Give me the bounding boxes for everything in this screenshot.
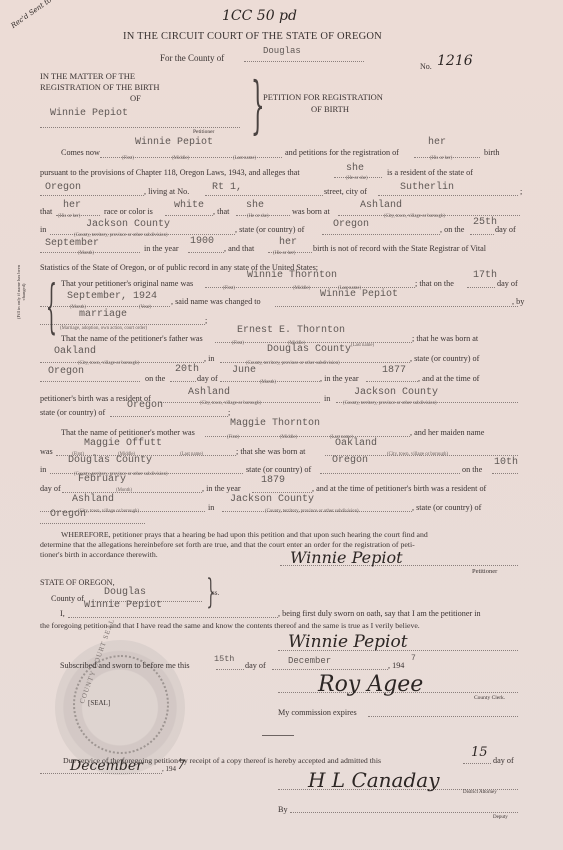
text: My commission expires (278, 708, 357, 717)
verification-county-field: Douglas (104, 587, 146, 598)
change-date-field: September, 1924 (67, 291, 157, 302)
text: STATE OF OREGON, (40, 578, 115, 587)
he-she-field: she (246, 200, 264, 211)
birth-state-field: Oregon (333, 219, 369, 230)
text: day of (497, 279, 518, 288)
text: Comes now (61, 148, 100, 157)
caption-brace: } (251, 68, 265, 141)
text: pursuant to the provisions of Chapter 11… (40, 168, 300, 177)
text: That the name of the petitioner's father… (61, 334, 203, 343)
clerk-title: County Clerk. (474, 695, 505, 701)
text: in (40, 225, 46, 234)
text: day of (495, 225, 516, 234)
label: (County, territory, province or other su… (246, 361, 340, 366)
jurat-day-field: 15th (214, 654, 234, 664)
mother-resident-city-field: Ashland (72, 494, 114, 505)
text: , 194 (162, 765, 176, 773)
text: ss. (212, 589, 219, 597)
petitioner-signature: Winnie Pepiot (290, 548, 403, 567)
text: , that (213, 207, 229, 216)
text: , by (512, 297, 524, 306)
label: (Month) (116, 488, 132, 493)
mother-name-field: Maggie Thornton (230, 418, 320, 429)
mother-birth-city-field: Oakland (335, 438, 377, 449)
case-number: 1216 (437, 53, 473, 69)
petition-document: Rec'd Sent to BVS 1CC 50 pd IN THE CIRCU… (0, 0, 563, 850)
text: That your petitioner's original name was (61, 279, 193, 288)
father-birth-county-field: Douglas County (267, 344, 351, 355)
text: on the (145, 374, 165, 383)
petitioner-label: Petitioner (193, 129, 214, 135)
label: (His or her) (430, 156, 452, 161)
father-birth-city-field: Oakland (54, 346, 96, 357)
text: , state (or country) of (235, 225, 304, 234)
label: (His or her) (58, 214, 80, 219)
label: (First) (223, 286, 235, 291)
birthplace-field: Ashland (360, 200, 402, 211)
text: day of (40, 484, 61, 493)
his-her-field: her (279, 237, 297, 248)
mother-birth-state-field: Oregon (332, 455, 368, 466)
label: (County, territory, province or other su… (343, 401, 437, 406)
top-handwritten-note: 1CC 50 pd (222, 8, 297, 24)
text: ; that on the (415, 279, 454, 288)
mother-resident-state-field: Oregon (50, 509, 86, 520)
address-field: Rt 1, (212, 182, 242, 193)
court-title: IN THE CIRCUIT COURT OF THE STATE OF ORE… (123, 31, 382, 42)
jurat-month-field: December (288, 656, 331, 666)
text: and petitions for the registration of (285, 148, 399, 157)
birth-county-field: Jackson County (86, 219, 170, 230)
divider (262, 735, 294, 736)
birth-day-field: 25th (473, 217, 497, 228)
label: (County, territory, province or other su… (265, 509, 359, 514)
text: , said name was changed to (171, 297, 261, 306)
text: , and at the time of (418, 374, 479, 383)
label: (Last name) (351, 343, 374, 348)
mother-birth-month-field: February (78, 474, 126, 485)
text: , living at No. (144, 187, 189, 196)
race-field: white (174, 200, 204, 211)
caption-line: OF (130, 93, 141, 103)
caption-line: IN THE MATTER OF THE (40, 71, 135, 81)
text: birth is not of record with the State Re… (313, 244, 486, 253)
text: street, city of (324, 187, 367, 196)
label: (Middle) (172, 156, 189, 161)
text: on the (462, 465, 482, 474)
he-she-field: she (346, 163, 364, 174)
mother-birth-county-field: Douglas County (68, 455, 152, 466)
text: that (40, 207, 52, 216)
district-attorney-signature: H L Canaday (308, 768, 440, 792)
text: , in the year (320, 374, 359, 383)
text: , on the (440, 225, 464, 234)
service-year-field: 7 (177, 758, 185, 773)
doc-title-line1: PETITION FOR REGISTRATION (263, 92, 383, 102)
mother-birth-year-field: 1879 (261, 475, 285, 486)
text: was (40, 447, 53, 456)
label: (Middle) (280, 435, 297, 440)
label: (Last name) (233, 156, 256, 161)
label: (Month) (78, 251, 94, 256)
seal-label: [SEAL] (88, 699, 110, 707)
text: state (or country) of (40, 408, 105, 417)
father-resident-city-field: Ashland (188, 387, 230, 398)
father-resident-state-field: Oregon (127, 400, 163, 411)
mother-birth-day-field: 10th (494, 457, 518, 468)
caption-petitioner-name: Winnie Pepiot (50, 108, 128, 119)
text: state (or country) of (246, 465, 311, 474)
original-name-field: Winnie Thornton (247, 270, 337, 281)
text: , in (204, 354, 214, 363)
prayer-text: tioner's birth in accordance therewith. (40, 550, 158, 559)
service-month-field: December (70, 758, 143, 774)
label: (City, town, village or borough) (200, 401, 261, 406)
deputy-label: Deputy (493, 815, 508, 820)
label: (Last name) (180, 452, 203, 457)
change-day-field: 17th (473, 270, 497, 281)
doc-title-line2: OF BIRTH (311, 104, 349, 114)
text: , and that (224, 244, 254, 253)
label: (City, town, village or borough) (78, 361, 139, 366)
affiant-signature: Winnie Pepiot (288, 632, 408, 652)
label: (First) (227, 435, 239, 440)
text: in (40, 465, 46, 474)
text: day of (197, 374, 218, 383)
text: the foregoing petition and that I have r… (40, 621, 420, 630)
caption-line: REGISTRATION OF THE BIRTH (40, 82, 160, 92)
city-field: Sutherlin (400, 182, 454, 193)
text: birth (484, 148, 499, 157)
text: is a resident of the state of (387, 168, 473, 177)
birth-year-field: 1900 (190, 236, 214, 247)
text: I, (60, 609, 65, 618)
text: , 194 (388, 661, 404, 670)
text: That the name of petitioner's mother was (61, 428, 195, 437)
label: (City, town, village or borough) (384, 214, 445, 219)
text: day of (493, 756, 514, 765)
father-birth-year-field: 1877 (382, 365, 406, 376)
label: (Month) (260, 380, 276, 385)
label: (City, town, village or borough) (387, 452, 448, 457)
new-name-field: Winnie Pepiot (320, 289, 398, 300)
label: (Middle) (293, 286, 310, 291)
text: was born at (292, 207, 330, 216)
his-her-field: her (63, 200, 81, 211)
text: , state (or country) of (410, 354, 479, 363)
affiant-name-field: Winnie Pepiot (84, 600, 162, 611)
district-attorney-title: District Attorney (463, 790, 497, 795)
label: (First) (122, 156, 134, 161)
father-birth-state-field: Oregon (48, 366, 84, 377)
county-field: Douglas (263, 46, 301, 56)
text: in the year (144, 244, 179, 253)
father-birth-day-field: 20th (175, 364, 199, 375)
text: in (208, 503, 214, 512)
text: race or color is (104, 207, 153, 216)
label: (His or her) (273, 251, 295, 256)
text: in (324, 394, 330, 403)
prayer-text: WHEREFORE, petitioner prays that a heari… (61, 530, 428, 539)
resident-state-field: Oregon (45, 182, 81, 193)
text: , and her maiden name (410, 428, 484, 437)
clerk-signature: Roy Agee (318, 672, 423, 697)
label: (First) (232, 341, 244, 346)
text: Subscribed and sworn to before me this (60, 661, 190, 670)
text: ; that he was born at (412, 334, 478, 343)
text: , being first duly sworn on oath, say th… (278, 609, 481, 618)
text: , state (or country) of (412, 503, 481, 512)
label: (City, town, village or borough) (78, 509, 139, 514)
county-prefix: For the County of (160, 53, 224, 63)
mother-resident-county-field: Jackson County (230, 494, 314, 505)
service-day-field: 15 (471, 745, 488, 760)
label: (He or she) (346, 176, 368, 181)
text: County of (51, 594, 84, 603)
petitioner-name-field: Winnie Pepiot (135, 137, 213, 148)
text: ; that she was born at (236, 447, 305, 456)
corner-handwritten-note: Rec'd Sent to BVS (10, 0, 68, 30)
father-name-field: Ernest E. Thornton (237, 325, 345, 336)
jurat-year-field: 7 (411, 654, 416, 663)
label: (Marriage, adoption, own action, court o… (60, 326, 147, 331)
text: , in the year (202, 484, 241, 493)
his-her-field: her (428, 137, 446, 148)
change-method-field: marriage (79, 309, 127, 320)
label: (Year) (139, 305, 151, 310)
mother-maiden-name-field: Maggie Offutt (84, 438, 162, 449)
case-number-prefix: No. (420, 62, 432, 71)
father-resident-county-field: Jackson County (354, 387, 438, 398)
text: By (278, 805, 288, 814)
label: (He or she) (247, 214, 269, 219)
text: day of (245, 661, 266, 670)
name-change-side-note: (Fill in only if name has been changed) (16, 262, 26, 322)
father-birth-month-field: June (232, 365, 256, 376)
text: , and at the time of petitioner's birth … (312, 484, 486, 493)
petitioner-label: Petitioner (472, 568, 497, 575)
birth-month-field: September (45, 238, 99, 249)
